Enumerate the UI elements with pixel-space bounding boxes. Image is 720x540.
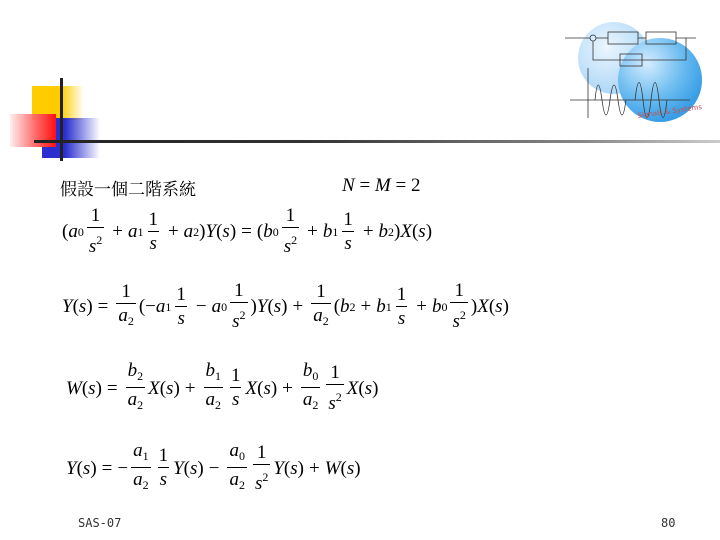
decor-horizontal-rule [34, 140, 720, 143]
signals-systems-logo-icon: Signals & Systems [560, 10, 720, 130]
equation-2: Y(s)= 1a2 (−a1 1s −a0 1s2)Y(s) + 1a2 (b2… [62, 280, 509, 334]
order-condition: N = M = 2 [342, 175, 420, 197]
equation-4: Y(s)=− a1a2 1s Y(s)− a0a2 1s2 Y(s)+W(s) [66, 440, 361, 497]
decor-vertical-line [60, 78, 63, 161]
footer-label: SAS-07 [78, 516, 121, 530]
page-number: 80 [661, 516, 675, 530]
slide-title: 假設一個二階系統 [60, 175, 196, 200]
equation-3: W(s)= b2a2 X(s)+ b1a2 1s X(s)+ b0a2 1s2 … [66, 360, 378, 417]
equation-1: (a0 1s2 +a1 1s +a2)Y(s) =(b0 1s2 +b1 1s … [62, 205, 432, 259]
